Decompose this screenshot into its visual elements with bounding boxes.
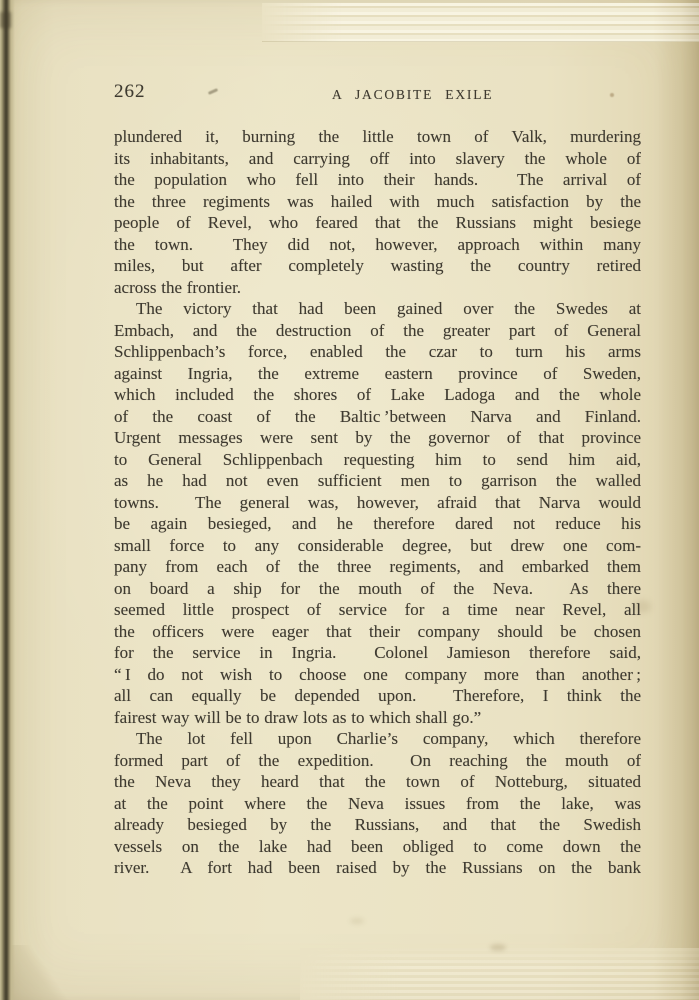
paper-speck <box>208 88 218 95</box>
text-line: be again besieged, and he therefore dare… <box>114 513 641 535</box>
text-line: plundered it, burning the little town of… <box>114 126 641 148</box>
page-text: plundered it, burning the little town of… <box>114 126 641 879</box>
text-line: pany from each of the three regiments, a… <box>114 556 641 578</box>
text-line: Embach, and the destruction of the great… <box>114 320 641 342</box>
text-line: the town. They did not, however, approac… <box>114 234 641 256</box>
paper-speck <box>610 93 614 97</box>
page-edges-bottom-decoration <box>300 948 699 1000</box>
text-line: of the coast of the Baltic ’between Narv… <box>114 406 641 428</box>
text-line: its inhabitants, and carrying off into s… <box>114 148 641 170</box>
text-line: the population who fell into their hands… <box>114 169 641 191</box>
paper-speck <box>350 918 364 924</box>
page-edges-top-decoration <box>262 3 699 42</box>
text-line: “ I do not wish to choose one company mo… <box>114 664 641 686</box>
text-line: people of Revel, who feared that the Rus… <box>114 212 641 234</box>
text-line: The victory that had been gained over th… <box>114 298 641 320</box>
text-line: The lot fell upon Charlie’s company, whi… <box>114 728 641 750</box>
binding-smudge <box>0 12 11 28</box>
text-line: formed part of the expedition. On reachi… <box>114 750 641 772</box>
text-line: small force to any considerable degree, … <box>114 535 641 557</box>
text-line: against Ingria, the extreme eastern prov… <box>114 363 641 385</box>
text-line: vessels on the lake had been obliged to … <box>114 836 641 858</box>
text-line: miles, but after completely wasting the … <box>114 255 641 277</box>
text-line: fairest way will be to draw lots as to w… <box>114 707 641 729</box>
text-line: Schlippenbach’s force, enabled the czar … <box>114 341 641 363</box>
text-line: towns. The general was, however, afraid … <box>114 492 641 514</box>
text-line: as he had not even sufficient men to gar… <box>114 470 641 492</box>
book-page-scan: 262 A JACOBITE EXILE plundered it, burni… <box>0 0 699 1000</box>
page-right-edge-shading <box>653 0 699 1000</box>
text-line: at the point where the Neva issues from … <box>114 793 641 815</box>
text-line: the officers were eager that their compa… <box>114 621 641 643</box>
text-line: Urgent messages were sent by the governo… <box>114 427 641 449</box>
text-line: seemed little prospect of service for a … <box>114 599 641 621</box>
text-line: for the service in Ingria. Colonel Jamie… <box>114 642 641 664</box>
text-line: on board a ship for the mouth of the Nev… <box>114 578 641 600</box>
text-line: river. A fort had been raised by the Rus… <box>114 857 641 879</box>
text-line: the three regiments was hailed with much… <box>114 191 641 213</box>
text-line: which included the shores of Lake Ladoga… <box>114 384 641 406</box>
text-line: to General Schlippenbach requesting him … <box>114 449 641 471</box>
page-number: 262 <box>114 82 146 102</box>
binding-edge <box>0 0 15 1000</box>
paper-speck <box>490 944 506 951</box>
text-line: across the frontier. <box>114 277 641 299</box>
running-title: A JACOBITE EXILE <box>332 88 493 102</box>
text-line: all can equally be depended upon. Theref… <box>114 685 641 707</box>
text-line: the Neva they heard that the town of Not… <box>114 771 641 793</box>
text-line: already besieged by the Russians, and th… <box>114 814 641 836</box>
